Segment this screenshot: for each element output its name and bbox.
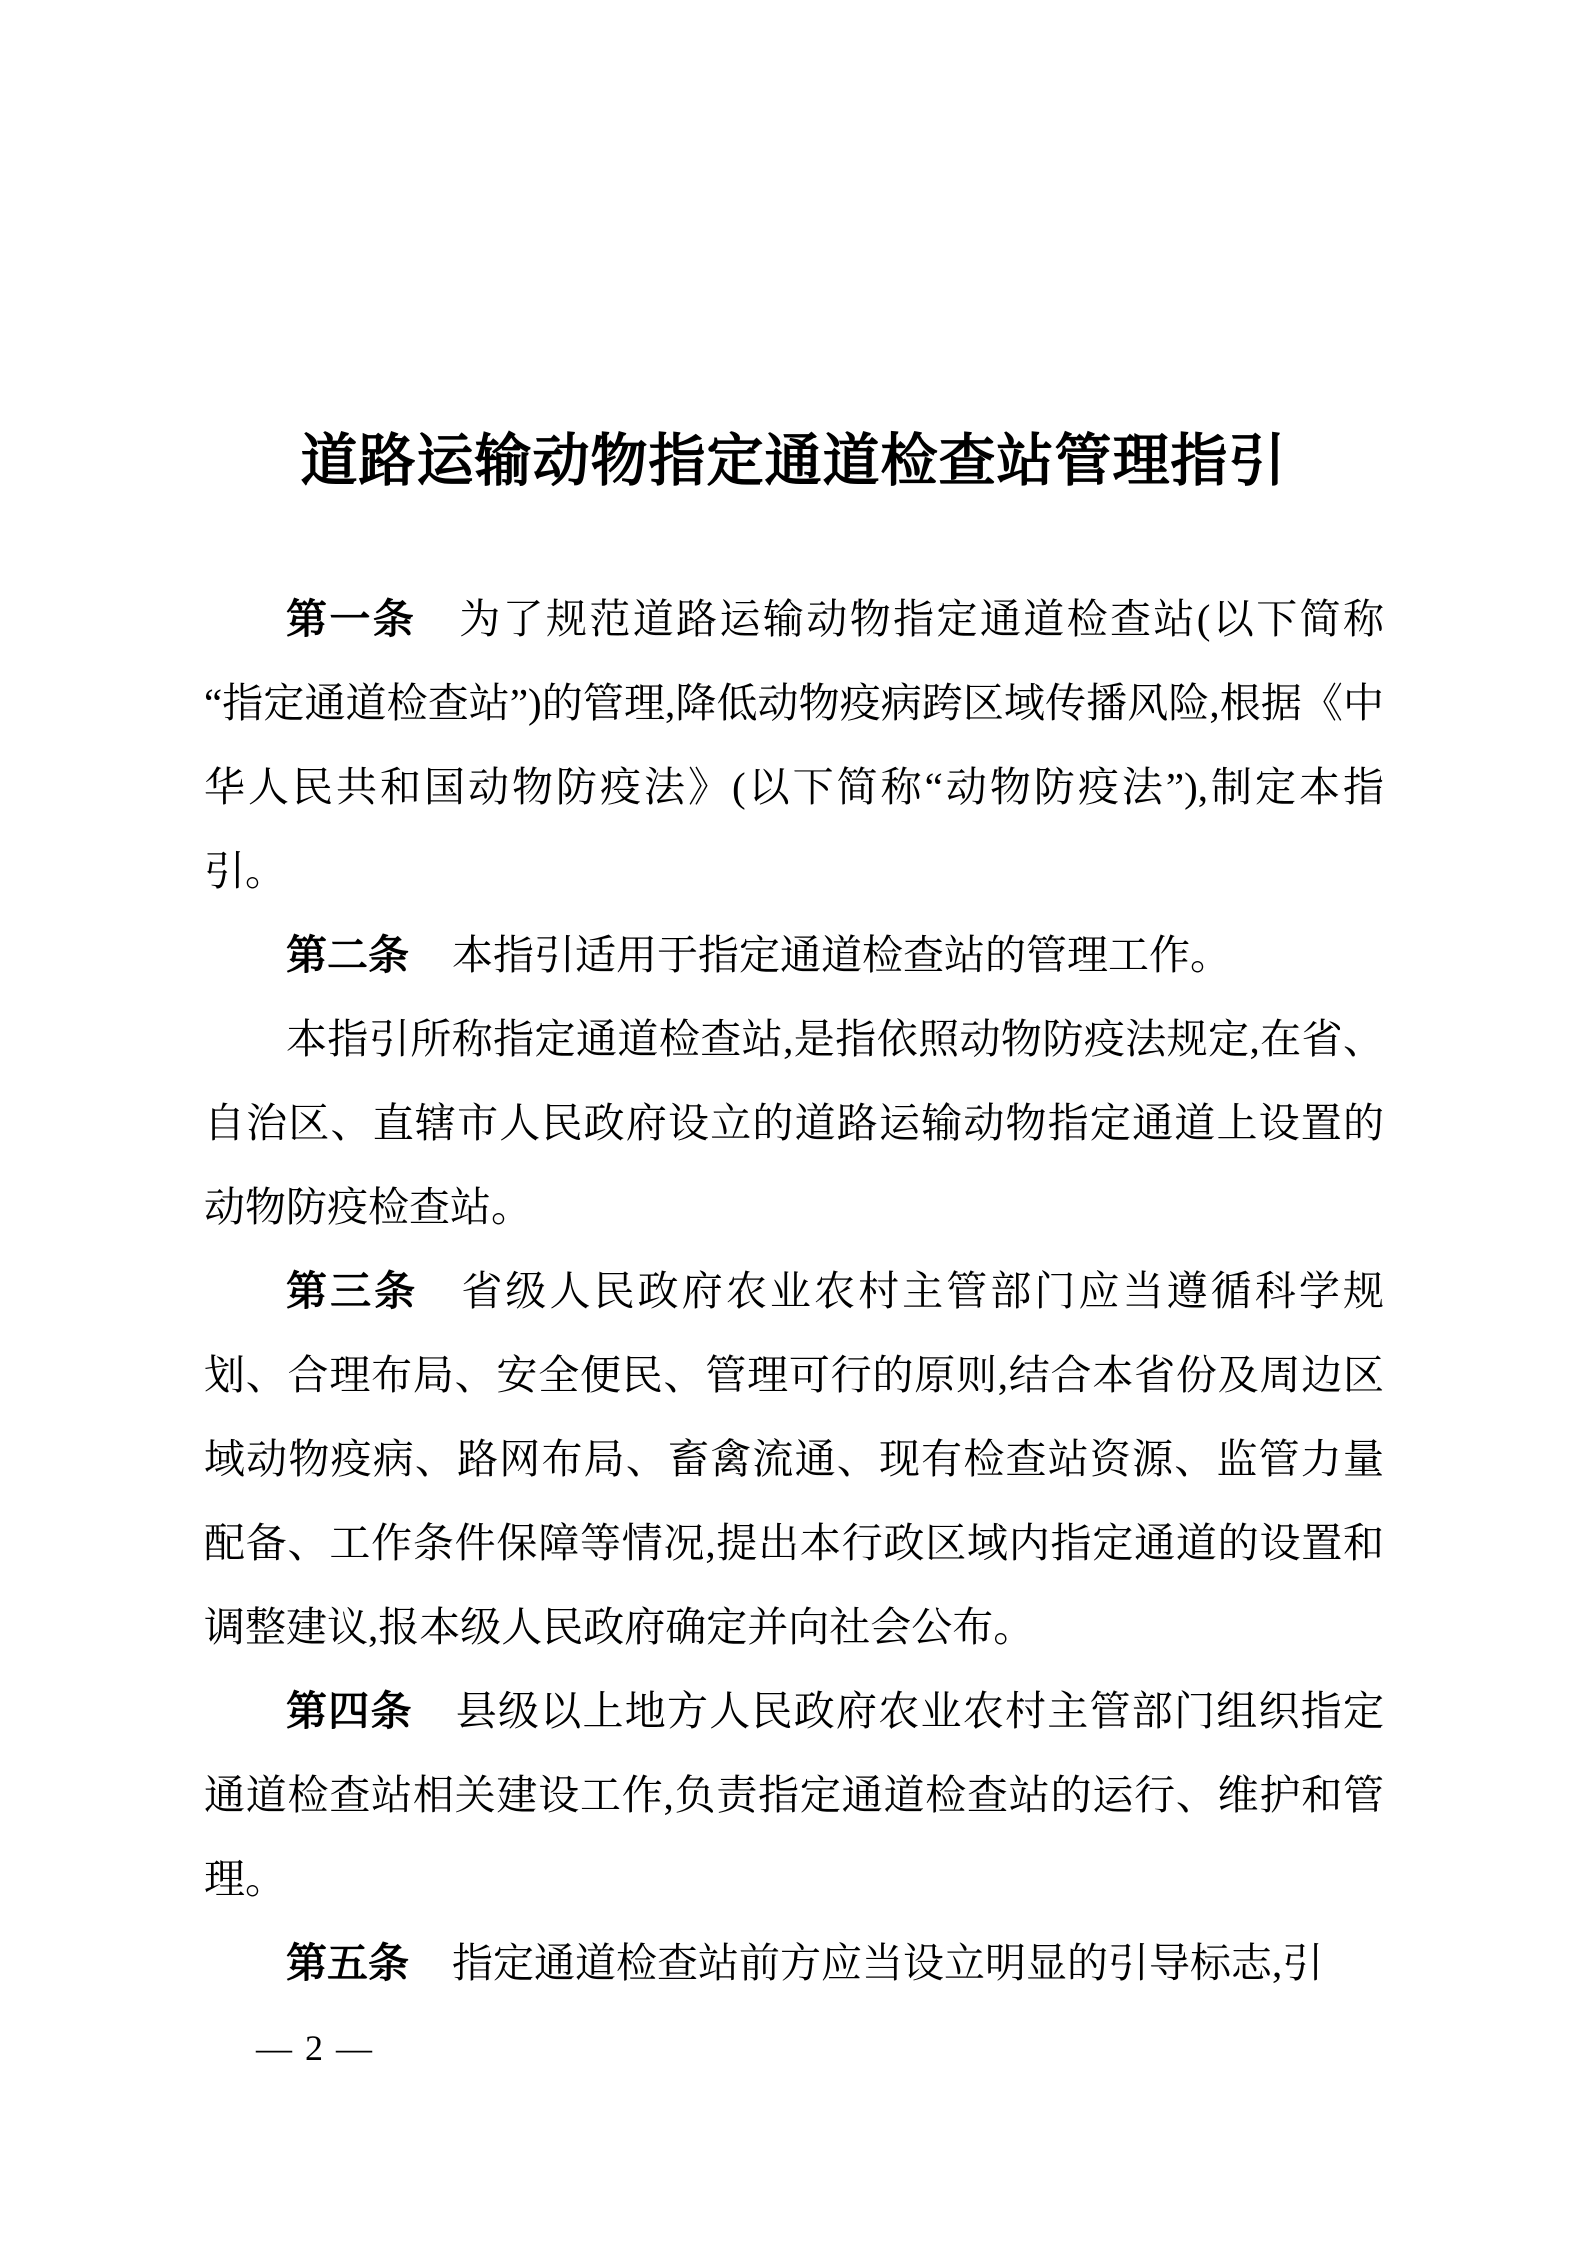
page-title: 道路运输动物指定通道检查站管理指引 [0, 430, 1587, 494]
article-2-continuation-paragraph: 本指引所称指定通道检查站,是指依照动物防疫法规定,在省、自治区、直辖市人民政府设… [204, 997, 1384, 1249]
article-3-label: 第三条 [286, 1268, 418, 1314]
article-2-paragraph: 第二条本指引适用于指定通道检查站的管理工作。 [204, 913, 1384, 997]
article-5-paragraph: 第五条指定通道检查站前方应当设立明显的引导标志,引 [204, 1921, 1384, 2005]
article-1-label: 第一条 [286, 596, 416, 642]
article-3-text: 省级人民政府农业农村主管部门应当遵循科学规划、合理布局、安全便民、管理可行的原则… [204, 1268, 1384, 1650]
article-2-label: 第二条 [286, 932, 409, 978]
document-page: 道路运输动物指定通道检查站管理指引 第一条为了规范道路运输动物指定通道检查站(以… [0, 0, 1587, 2245]
document-body: 第一条为了规范道路运输动物指定通道检查站(以下简称“指定通道检查站”)的管理,降… [204, 577, 1384, 2005]
article-4-paragraph: 第四条县级以上地方人民政府农业农村主管部门组织指定通道检查站相关建设工作,负责指… [204, 1669, 1384, 1921]
article-2-continuation-text: 本指引所称指定通道检查站,是指依照动物防疫法规定,在省、自治区、直辖市人民政府设… [204, 1016, 1384, 1230]
article-1-paragraph: 第一条为了规范道路运输动物指定通道检查站(以下简称“指定通道检查站”)的管理,降… [204, 577, 1384, 913]
article-4-label: 第四条 [286, 1688, 413, 1734]
article-2-text: 本指引适用于指定通道检查站的管理工作。 [452, 932, 1231, 978]
article-3-paragraph: 第三条省级人民政府农业农村主管部门应当遵循科学规划、合理布局、安全便民、管理可行… [204, 1249, 1384, 1669]
page-number: — 2 — [256, 2026, 374, 2070]
article-5-label: 第五条 [286, 1940, 409, 1986]
article-5-text: 指定通道检查站前方应当设立明显的引导标志,引 [452, 1940, 1323, 1986]
